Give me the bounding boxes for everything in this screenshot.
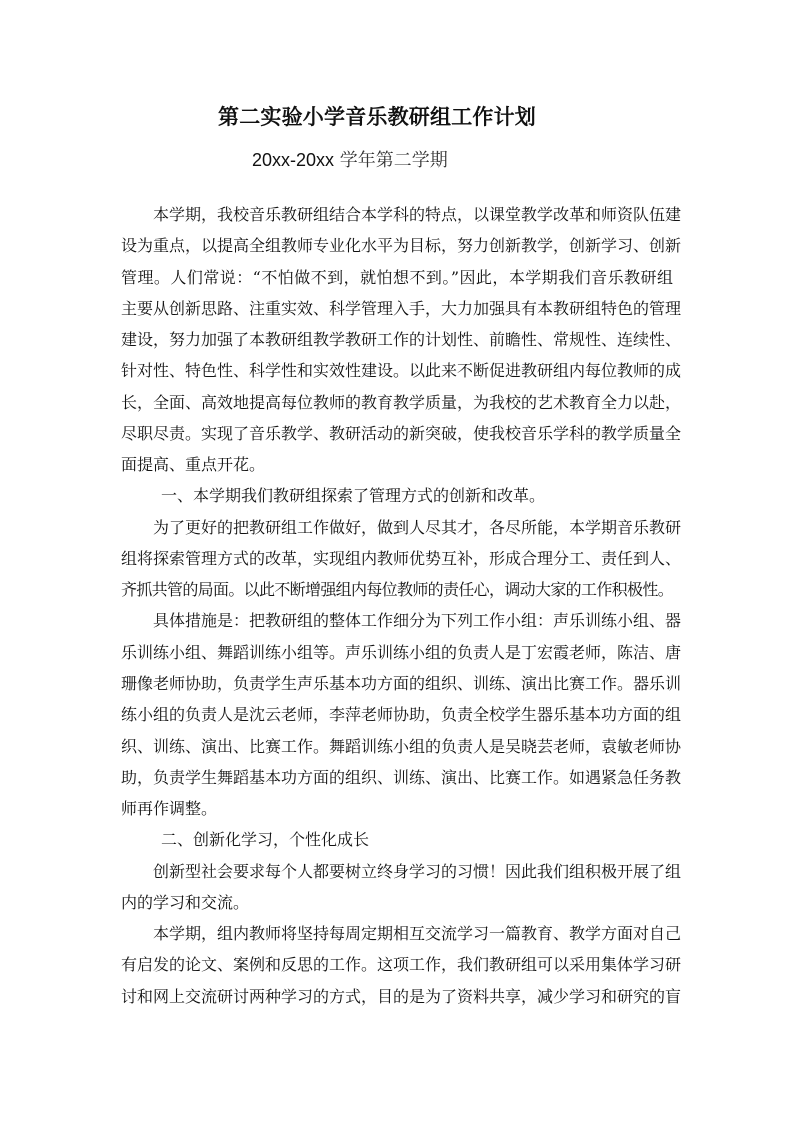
text-line: 面提高、重点开花。 bbox=[121, 449, 673, 480]
text-line: 设为重点，以提高全组教师专业化水平为目标，努力创新教学，创新学习、创新 bbox=[121, 230, 673, 261]
text-line: 为了更好的把教研组工作做好，做到人尽其才，各尽所能，本学期音乐教研 bbox=[121, 512, 673, 543]
text-line: 师再作调整。 bbox=[121, 793, 673, 824]
text-line: 尽职尽责。实现了音乐教学、教研活动的新突破，使我校音乐学科的教学质量全 bbox=[121, 418, 673, 449]
text-line: 齐抓共管的局面。以此不断增强组内每位教师的责任心，调动大家的工作积极性。 bbox=[121, 574, 673, 605]
text-line: 管理。人们常说：“不怕做不到，就怕想不到。”因此，本学期我们音乐教研组 bbox=[121, 262, 673, 293]
paragraph-exchange: 本学期，组内教师将坚持每周定期相互交流学习一篇教育、教学方面对自己 有启发的论文… bbox=[121, 918, 673, 1012]
text-line: 长，全面、高效地提高每位教师的教育教学质量，为我校的艺术教育全力以赴， bbox=[121, 387, 673, 418]
text-line: 乐训练小组、舞蹈训练小组等。声乐训练小组的负责人是丁宏霞老师，陈洁、唐 bbox=[121, 637, 673, 668]
text-line: 内的学习和交流。 bbox=[121, 887, 673, 918]
paragraph-management: 为了更好的把教研组工作做好，做到人尽其才，各尽所能，本学期音乐教研 组将探索管理… bbox=[121, 512, 673, 606]
text-line: 本学期，我校音乐教研组结合本学科的特点，以课堂教学改革和师资队伍建 bbox=[121, 199, 673, 230]
document-body: 本学期，我校音乐教研组结合本学科的特点，以课堂教学改革和师资队伍建 设为重点，以… bbox=[121, 199, 673, 1012]
text-line: 有启发的论文、案例和反思的工作。这项工作，我们教研组可以采用集体学习研 bbox=[121, 949, 673, 980]
text-line: 珊像老师协助，负责学生声乐基本功方面的组织、训练、演出比赛工作。器乐训 bbox=[121, 668, 673, 699]
paragraph-measures: 具体措施是：把教研组的整体工作细分为下列工作小组：声乐训练小组、器 乐训练小组、… bbox=[121, 605, 673, 824]
text-line: 织、训练、演出、比赛工作。舞蹈训练小组的负责人是吴晓芸老师，袁敏老师协 bbox=[121, 731, 673, 762]
section-heading-2: 二、创新化学习，个性化成长 bbox=[121, 824, 673, 855]
text-line: 针对性、特色性、科学性和实效性建设。以此来不断促进教研组内每位教师的成 bbox=[121, 355, 673, 386]
paragraph-intro: 本学期，我校音乐教研组结合本学科的特点，以课堂教学改革和师资队伍建 设为重点，以… bbox=[121, 199, 673, 480]
text-line: 练小组的负责人是沈云老师，李萍老师协助，负责全校学生器乐基本功方面的组 bbox=[121, 699, 673, 730]
section-heading-1: 一、本学期我们教研组探索了管理方式的创新和改革。 bbox=[121, 480, 673, 511]
subtitle-year: 20xx-20xx bbox=[252, 150, 334, 170]
subtitle-term: 学年第二学期 bbox=[340, 150, 448, 171]
paragraph-learning: 创新型社会要求每个人都要树立终身学习的习惯！因此我们组积极开展了组 内的学习和交… bbox=[121, 856, 673, 919]
text-line: 助，负责学生舞蹈基本功方面的组织、训练、演出、比赛工作。如遇紧急任务教 bbox=[121, 762, 673, 793]
text-line: 具体措施是：把教研组的整体工作细分为下列工作小组：声乐训练小组、器 bbox=[121, 605, 673, 636]
text-line: 讨和网上交流研讨两种学习的方式，目的是为了资料共享，减少学习和研究的盲 bbox=[121, 981, 673, 1012]
text-line: 建设，努力加强了本教研组教学教研工作的计划性、前瞻性、常规性、连续性、 bbox=[121, 324, 673, 355]
text-line: 本学期，组内教师将坚持每周定期相互交流学习一篇教育、教学方面对自己 bbox=[121, 918, 673, 949]
text-line: 创新型社会要求每个人都要树立终身学习的习惯！因此我们组积极开展了组 bbox=[121, 856, 673, 887]
page-subtitle: 20xx-20xx 学年第二学期 bbox=[252, 148, 448, 173]
text-line: 组将探索管理方式的改革，实现组内教师优势互补，形成合理分工、责任到人、 bbox=[121, 543, 673, 574]
text-line: 主要从创新思路、注重实效、科学管理入手，大力加强具有本教研组特色的管理 bbox=[121, 293, 673, 324]
page-title: 第二实验小学音乐教研组工作计划 bbox=[0, 103, 754, 131]
